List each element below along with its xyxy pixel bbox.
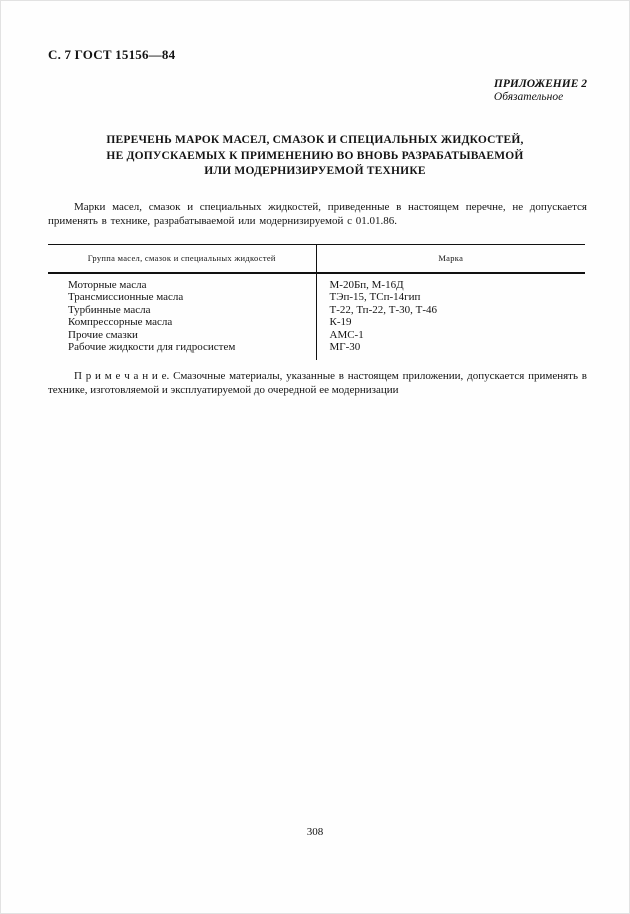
- appendix-label: ПРИЛОЖЕНИЕ 2: [494, 78, 587, 91]
- title-line-3: ИЛИ МОДЕРНИЗИРУЕМОЙ ТЕХНИКЕ: [31, 164, 599, 180]
- marks-table: Группа масел, смазок и специальных жидко…: [48, 244, 585, 361]
- marks-cell: М-20Бп, М-16Д: [316, 273, 585, 291]
- appendix-block: ПРИЛОЖЕНИЕ 2 Обязательное: [1, 78, 587, 104]
- table-row: Прочие смазки АМС-1: [48, 329, 585, 341]
- group-cell: Трансмиссионные масла: [48, 291, 316, 303]
- table-row: Рабочие жидкости для гидросистем МГ-30: [48, 341, 585, 360]
- group-cell: Рабочие жидкости для гидросистем: [48, 341, 316, 360]
- appendix-subtitle: Обязательное: [494, 91, 587, 104]
- running-header: С. 7 ГОСТ 15156—84: [48, 47, 587, 63]
- group-cell: Компрессорные масла: [48, 316, 316, 328]
- page-number: 308: [1, 826, 629, 838]
- document-title: ПЕРЕЧЕНЬ МАРОК МАСЕЛ, СМАЗОК И СПЕЦИАЛЬН…: [31, 133, 599, 180]
- marks-cell: К-19: [316, 316, 585, 328]
- group-cell: Моторные масла: [48, 273, 316, 291]
- marks-cell: ТЭп-15, ТСп-14гип: [316, 291, 585, 303]
- column-header-group: Группа масел, смазок и специальных жидко…: [48, 244, 316, 273]
- intro-paragraph: Марки масел, смазок и специальных жидкос…: [48, 200, 587, 228]
- document-page: С. 7 ГОСТ 15156—84 ПРИЛОЖЕНИЕ 2 Обязател…: [0, 0, 630, 914]
- title-line-1: ПЕРЕЧЕНЬ МАРОК МАСЕЛ, СМАЗОК И СПЕЦИАЛЬН…: [31, 133, 599, 149]
- column-header-mark: Марка: [316, 244, 585, 273]
- table-header-row: Группа масел, смазок и специальных жидко…: [48, 244, 585, 273]
- note-paragraph: П р и м е ч а н и е. Смазочные материалы…: [48, 370, 587, 397]
- group-cell: Турбинные масла: [48, 304, 316, 316]
- table-row: Турбинные масла Т-22, Тп-22, Т-30, Т-46: [48, 304, 585, 316]
- marks-cell: АМС-1: [316, 329, 585, 341]
- marks-cell: Т-22, Тп-22, Т-30, Т-46: [316, 304, 585, 316]
- marks-cell: МГ-30: [316, 341, 585, 360]
- group-cell: Прочие смазки: [48, 329, 316, 341]
- table-row: Трансмиссионные масла ТЭп-15, ТСп-14гип: [48, 291, 585, 303]
- table-row: Компрессорные масла К-19: [48, 316, 585, 328]
- table-row: Моторные масла М-20Бп, М-16Д: [48, 273, 585, 291]
- title-line-2: НЕ ДОПУСКАЕМЫХ К ПРИМЕНЕНИЮ ВО ВНОВЬ РАЗ…: [31, 149, 599, 165]
